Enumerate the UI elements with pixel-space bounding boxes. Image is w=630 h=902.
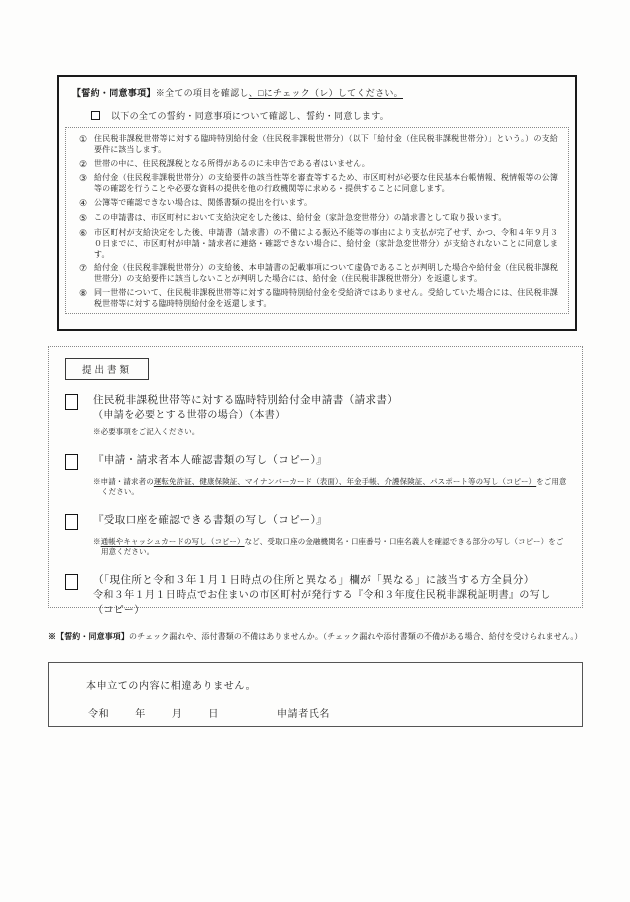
day-label: 日 (208, 709, 219, 720)
submission-documents-label: 提出書類 (65, 358, 149, 380)
pledge-agreement-section: 【誓約・同意事項】※全ての項目を確認し、□にチェック（レ）してください。 以下の… (57, 75, 577, 331)
doc-checkbox-bank-account-copy[interactable] (65, 514, 78, 530)
pledge-item-4-text: 公簿等で確認できない場合は、関係書類の提出を行います。 (94, 197, 560, 208)
doc-item-identity-copy-body: 『申請・請求者本人確認書類の写し（コピー）』 ※申請・請求者の運転免許証、健康保… (93, 453, 568, 498)
doc-bank-account-title: 『受取口座を確認できる書類の写し（コピー）』 (93, 513, 568, 528)
doc-item-identity-copy: 『申請・請求者本人確認書類の写し（コピー）』 ※申請・請求者の運転免許証、健康保… (65, 453, 568, 498)
pledge-item-3: ③ 給付金（住民税非課税世帯分）の支給要件の該当性等を審査等するため、市区町村が… (72, 172, 560, 194)
doc-identity-note-underlined: 運転免許証、健康保険証、マイナンバーカード（表面）、年金手帳、介護保険証、パスポ… (154, 477, 536, 486)
doc-application-form-note: ※必要事項をご記入ください。 (93, 427, 568, 438)
doc-identity-copy-title: 『申請・請求者本人確認書類の写し（コピー）』 (93, 453, 568, 468)
pledge-item-2-text: 世帯の中に、住民税課税となる所得があるのに未申告である者はいません。 (94, 158, 560, 169)
month-label: 月 (172, 709, 183, 720)
doc-application-form-note-text: ※必要事項をご記入ください。 (93, 427, 199, 436)
pledge-item-4: ④ 公簿等で確認できない場合は、関係書類の提出を行います。 (72, 197, 560, 209)
doc-bank-account-note: ※通帳やキャッシュカードの写し（コピー）など、受取口座の金融機関名・口座番号・口… (93, 537, 568, 558)
doc-tax-certificate-condition: （「現住所と令和３年１月１日時点の住所と異なる」欄が「異なる」に該当する方全員分… (93, 573, 568, 588)
pledge-item-4-number: ④ (72, 197, 94, 209)
pledge-item-7-number: ⑦ (72, 262, 94, 274)
agree-all-label: 以下の全ての誓約・同意事項について確認し、誓約・同意します。 (111, 109, 389, 122)
doc-identity-copy-note: ※申請・請求者の運転免許証、健康保険証、マイナンバーカード（表面）、年金手帳、介… (93, 477, 568, 498)
pledge-item-7: ⑦ 給付金（住民税非課税世帯分）の支給後、本申請書の記載事項について虚偽であるこ… (72, 262, 560, 284)
pledge-item-2-number: ② (72, 158, 94, 170)
submission-documents-section: 提出書類 住民税非課税世帯等に対する臨時特別給付金申請書（請求書） （申請を必要… (48, 346, 583, 608)
pledge-item-7-text: 給付金（住民税非課税世帯分）の支給後、本申請書の記載事項について虚偽であることが… (94, 262, 560, 284)
pledge-item-5-text: この申請書は、市区町村において支給決定をした後は、給付金（家計急変世帯分）の請求… (94, 212, 560, 223)
pledge-section-heading: 【誓約・同意事項】※全ての項目を確認し、□にチェック（レ）してください。 (72, 86, 563, 99)
caution-note-bold: ※【誓約・同意事項】 (48, 632, 129, 641)
pledge-item-1-number: ① (72, 133, 94, 145)
doc-checkbox-tax-exemption-certificate[interactable] (65, 574, 78, 590)
declaration-date-line: 令和年月日申請者氏名 (86, 705, 582, 720)
era-label: 令和 (88, 709, 109, 720)
pledge-section-title: 【誓約・同意事項】 (72, 88, 156, 98)
doc-item-tax-exemption-certificate: （「現住所と令和３年１月１日時点の住所と異なる」欄が「異なる」に該当する方全員分… (65, 573, 568, 618)
doc-item-bank-account-copy-body: 『受取口座を確認できる書類の写し（コピー）』 ※通帳やキャッシュカードの写し（コ… (93, 513, 568, 558)
pledge-item-5: ⑤ この申請書は、市区町村において支給決定をした後は、給付金（家計急変世帯分）の… (72, 212, 560, 224)
year-label: 年 (135, 709, 146, 720)
doc-item-bank-account-copy: 『受取口座を確認できる書類の写し（コピー）』 ※通帳やキャッシュカードの写し（コ… (65, 513, 568, 558)
pledge-item-2: ② 世帯の中に、住民税課税となる所得があるのに未申告である者はいません。 (72, 158, 560, 170)
pledge-items-box: ① 住民税非課税世帯等に対する臨時特別給付金（住民税非課税世帯分）（以下「給付金… (65, 127, 569, 314)
pledge-instruction: ※全ての項目を確認し (156, 88, 249, 98)
pledge-item-6-number: ⑥ (72, 227, 94, 239)
pledge-item-3-text: 給付金（住民税非課税世帯分）の支給要件の該当性等を審査等するため、市区町村が必要… (94, 172, 560, 194)
pledge-item-8-text: 同一世帯について、住民税非課税世帯等に対する臨時特別給付金を受給済ではありません… (94, 287, 560, 309)
doc-application-form-title: 住民税非課税世帯等に対する臨時特別給付金申請書（請求書） (93, 393, 568, 408)
application-form-page: 【誓約・同意事項】※全ての項目を確認し、□にチェック（レ）してください。 以下の… (0, 0, 630, 902)
pledge-item-8-number: ⑧ (72, 287, 94, 299)
pledge-agree-row: 以下の全ての誓約・同意事項について確認し、誓約・同意します。 (91, 109, 563, 122)
doc-checkbox-application-form[interactable] (65, 394, 78, 410)
doc-item-tax-exemption-certificate-body: （「現住所と令和３年１月１日時点の住所と異なる」欄が「異なる」に該当する方全員分… (93, 573, 568, 618)
declaration-section: 本申立ての内容に相違ありません。 令和年月日申請者氏名 (48, 662, 583, 727)
doc-application-form-subtitle: （申請を必要とする世帯の場合）（本書） (93, 408, 568, 423)
pledge-item-3-number: ③ (72, 172, 94, 184)
doc-checkbox-identity-copy[interactable] (65, 454, 78, 470)
pledge-item-6: ⑥ 市区町村が支給決定をした後、申請書（請求書）の不備による振込不能等の事由によ… (72, 227, 560, 260)
pledge-item-1-text: 住民税非課税世帯等に対する臨時特別給付金（住民税非課税世帯分）（以下「給付金（住… (94, 133, 560, 155)
declaration-statement: 本申立ての内容に相違ありません。 (86, 677, 582, 692)
doc-item-application-form: 住民税非課税世帯等に対する臨時特別給付金申請書（請求書） （申請を必要とする世帯… (65, 393, 568, 438)
agree-all-checkbox[interactable] (91, 111, 100, 120)
applicant-name-label: 申請者氏名 (277, 709, 330, 720)
pledge-item-5-number: ⑤ (72, 212, 94, 224)
pledge-item-6-text: 市区町村が支給決定をした後、申請書（請求書）の不備による振込不能等の事由により支… (94, 227, 560, 260)
doc-tax-certificate-description: 令和３年１月１日時点でお住まいの市区町村が発行する『令和３年度住民税非課税証明書… (93, 588, 568, 618)
pledge-instruction-underlined: 、□にチェック（レ）してください。 (249, 88, 403, 98)
doc-bank-note-pre: ※ (93, 537, 101, 546)
doc-bank-note-underlined: 通帳やキャッシュカードの写し（コピー） (101, 537, 245, 546)
caution-note-rest: のチェック漏れや、添付書類の不備はありませんか。（チェック漏れや添付書類の不備が… (129, 632, 583, 641)
caution-note: ※【誓約・同意事項】のチェック漏れや、添付書類の不備はありませんか。（チェック漏… (48, 631, 588, 642)
doc-identity-note-pre: ※申請・請求者の (93, 477, 154, 486)
doc-item-application-form-body: 住民税非課税世帯等に対する臨時特別給付金申請書（請求書） （申請を必要とする世帯… (93, 393, 568, 438)
pledge-item-8: ⑧ 同一世帯について、住民税非課税世帯等に対する臨時特別給付金を受給済ではありま… (72, 287, 560, 309)
pledge-item-1: ① 住民税非課税世帯等に対する臨時特別給付金（住民税非課税世帯分）（以下「給付金… (72, 133, 560, 155)
